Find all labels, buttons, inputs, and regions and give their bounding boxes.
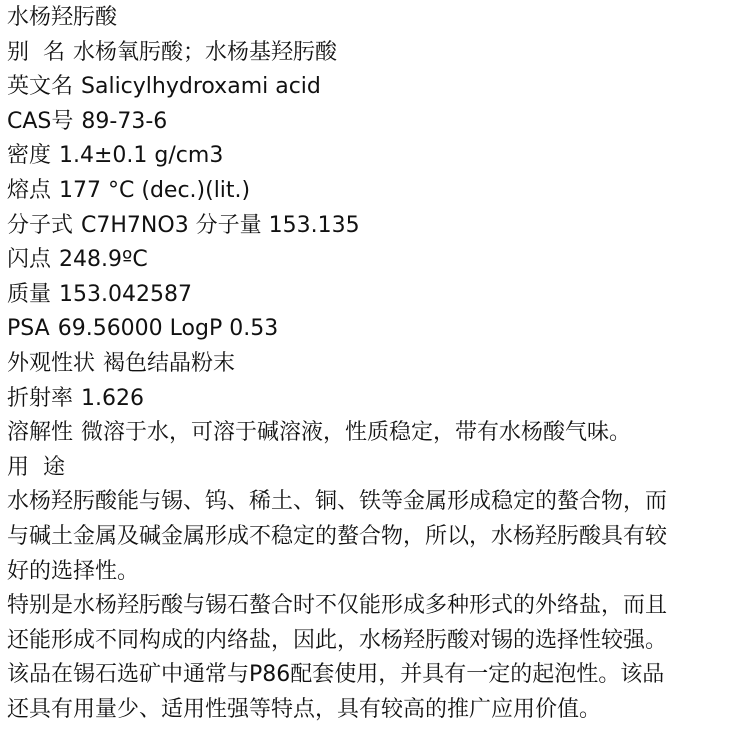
usage-line: 特别是水杨羟肟酸与锡石螯合时不仅能形成多种形式的外络盐，而且 — [7, 589, 747, 624]
property-label: 闪点 — [7, 247, 51, 272]
usage-text: 水杨羟肟酸能与锡、钨、稀土、铜、铁等金属形成稳定的螯合物，而 与碱土金属及碱金属… — [7, 485, 747, 727]
property-melting-point: 熔点177 °C (dec.)(lit.) — [7, 174, 747, 209]
property-alias: 别 名水杨氧肟酸；水杨基羟肟酸 — [7, 36, 747, 71]
usage-line: 与碱土金属及碱金属形成不稳定的螯合物，所以，水杨羟肟酸具有较 — [7, 520, 747, 555]
property-english-name: 英文名Salicylhydroxami acid — [7, 70, 747, 105]
property-value: 1.626 — [81, 386, 144, 411]
property-label: 英文名 — [7, 74, 73, 99]
property-label: 分子式 — [7, 213, 73, 238]
property-refractive-index: 折射率1.626 — [7, 382, 747, 417]
usage-line: 还能形成不同构成的内络盐，因此，水杨羟肟酸对锡的选择性较强。 — [7, 624, 747, 659]
property-value: 248.9ºC — [59, 247, 148, 272]
usage-line: 还具有用量少、适用性强等特点，具有较高的推广应用价值。 — [7, 693, 747, 728]
property-label: 溶解性 — [7, 420, 73, 445]
property-density: 密度1.4±0.1 g/cm3 — [7, 139, 747, 174]
usage-line: 该品在锡石选矿中通常与P86配套使用，并具有一定的起泡性。该品 — [7, 658, 747, 693]
property-value: 微溶于水，可溶于碱溶液，性质稳定，带有水杨酸气味。 — [81, 420, 631, 445]
property-appearance: 外观性状褐色结晶粉末 — [7, 347, 747, 382]
usage-heading: 用 途 — [7, 451, 747, 486]
property-solubility: 溶解性微溶于水，可溶于碱溶液，性质稳定，带有水杨酸气味。 — [7, 416, 747, 451]
property-label: PSA — [7, 316, 50, 341]
property-mass: 质量153.042587 — [7, 278, 747, 313]
property-label: CAS号 — [7, 109, 73, 134]
property-label: 熔点 — [7, 178, 51, 203]
property-label: 别 名 — [7, 40, 65, 65]
property-label: 密度 — [7, 143, 51, 168]
property-label: 外观性状 — [7, 351, 95, 376]
property-label: 质量 — [7, 282, 51, 307]
usage-line: 好的选择性。 — [7, 555, 747, 590]
product-document: 水杨羟肟酸 别 名水杨氧肟酸；水杨基羟肟酸 英文名Salicylhydroxam… — [7, 1, 747, 727]
property-value: 89-73-6 — [81, 109, 167, 134]
property-label: 折射率 — [7, 386, 73, 411]
property-flash-point: 闪点248.9ºC — [7, 243, 747, 278]
property-psa: PSA69.56000 LogP 0.53 — [7, 312, 747, 347]
property-value: 水杨氧肟酸；水杨基羟肟酸 — [73, 40, 337, 65]
property-value: 177 °C (dec.)(lit.) — [59, 178, 250, 203]
property-value: 69.56000 LogP 0.53 — [58, 316, 279, 341]
property-value: C7H7NO3 分子量 153.135 — [81, 213, 360, 238]
usage-line: 水杨羟肟酸能与锡、钨、稀土、铜、铁等金属形成稳定的螯合物，而 — [7, 485, 747, 520]
property-value: 153.042587 — [59, 282, 192, 307]
product-title: 水杨羟肟酸 — [7, 1, 747, 36]
property-cas: CAS号89-73-6 — [7, 105, 747, 140]
property-value: 1.4±0.1 g/cm3 — [59, 143, 223, 168]
property-value: 褐色结晶粉末 — [103, 351, 235, 376]
property-formula: 分子式C7H7NO3 分子量 153.135 — [7, 209, 747, 244]
property-value: Salicylhydroxami acid — [81, 74, 321, 99]
